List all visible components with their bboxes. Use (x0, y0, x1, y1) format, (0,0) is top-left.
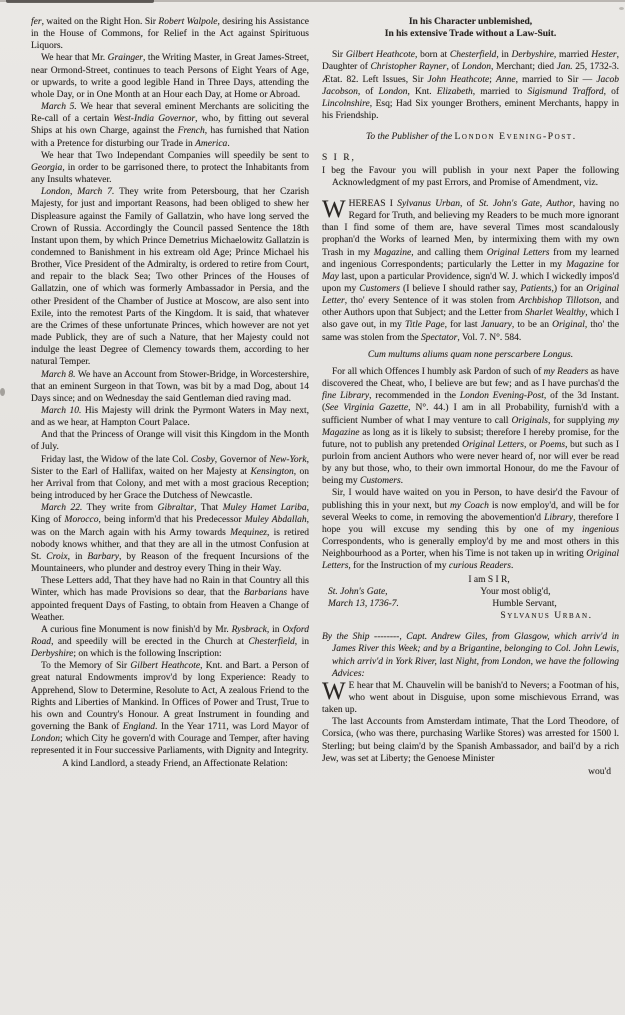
news-item-gibraltar: March 22. They write from Gibraltar, Tha… (31, 502, 309, 575)
inscription-paragraph: To the Memory of Sir Gilbert Heathcote, … (31, 660, 309, 757)
scan-speck-left (0, 388, 5, 396)
latin-motto: Cum multums aliums quam none perscarbere… (322, 349, 619, 361)
signature-place-date: St. John's Gate, March 13, 1736-7. (322, 586, 399, 623)
signature-date: March 13, 1736-7. (328, 598, 399, 610)
inscription-closing-line: A kind Landlord, a steady Friend, an Aff… (31, 758, 309, 770)
letter-heading: To the Publisher of the London Evening-P… (322, 131, 619, 143)
heathcote-obituary: Sir Gilbert Heathcote, born at Chesterfi… (322, 49, 619, 122)
news-item-cosby-widow: Friday last, the Widow of the late Col. … (31, 454, 309, 503)
news-item-march8: March 8. We have an Account from Stower-… (31, 369, 309, 405)
news-item-petersbourg: London, March 7. They write from Petersb… (31, 186, 309, 368)
letter-intro: I beg the Favour you will publish in you… (322, 165, 619, 189)
whereas-paragraph: WHEREAS I Sylvanus Urban, of St. John's … (322, 198, 619, 344)
right-column: In his Character unblemished, In his ext… (322, 16, 619, 1015)
news-item-barbary-rain: These Letters add, That they have had no… (31, 575, 309, 624)
signature-closing: I am S I R, Your most oblig'd, Humble Se… (468, 574, 619, 623)
news-item-march10: March 10. His Majesty will drink the Pyr… (31, 405, 309, 429)
epitaph-line: In his Character unblemished, (322, 16, 619, 28)
pardon-paragraph: For all which Offences I humbly ask Pard… (322, 366, 619, 488)
catchword: wou'd (322, 766, 619, 778)
news-item-grainger: We hear that Mr. Grainger, the Writing M… (31, 52, 309, 101)
news-item-march5: March 5. We hear that several eminent Me… (31, 101, 309, 150)
scan-smudge-corner (6, 0, 154, 3)
left-column: fer, waited on the Right Hon. Sir Robert… (31, 16, 309, 1015)
signature-closing-line: Humble Servant, (468, 598, 591, 610)
signature-block: St. John's Gate, March 13, 1736-7. I am … (322, 574, 619, 623)
news-item-georgia: We hear that Two Independant Companies w… (31, 150, 309, 186)
newspaper-page: fer, waited on the Right Hon. Sir Robert… (0, 0, 625, 1015)
ship-advices-intro: By the Ship --------, Capt. Andrew Giles… (322, 631, 619, 680)
letter-salutation: S I R, (322, 152, 619, 164)
signature-closing-line: Your most oblig'd, (468, 586, 591, 598)
continued-paragraph: fer, waited on the Right Hon. Sir Robert… (31, 16, 309, 52)
coach-paragraph: Sir, I would have waited on you in Perso… (322, 487, 619, 572)
epitaph-line: In his extensive Trade without a Law-Sui… (322, 28, 619, 40)
signature-closing-line: I am S I R, (468, 574, 591, 586)
signature-name: Sylvanus Urban. (468, 610, 591, 622)
news-item-monument: A curious fine Monument is now finish'd … (31, 624, 309, 660)
advice-chauvelin: WE hear that M. Chauvelin will be banish… (322, 680, 619, 716)
signature-place: St. John's Gate, (328, 586, 399, 598)
advice-theodore: The last Accounts from Amsterdam intimat… (322, 716, 619, 765)
news-item-princess-orange: And that the Princess of Orange will vis… (31, 429, 309, 453)
scan-speck-right (619, 7, 624, 10)
